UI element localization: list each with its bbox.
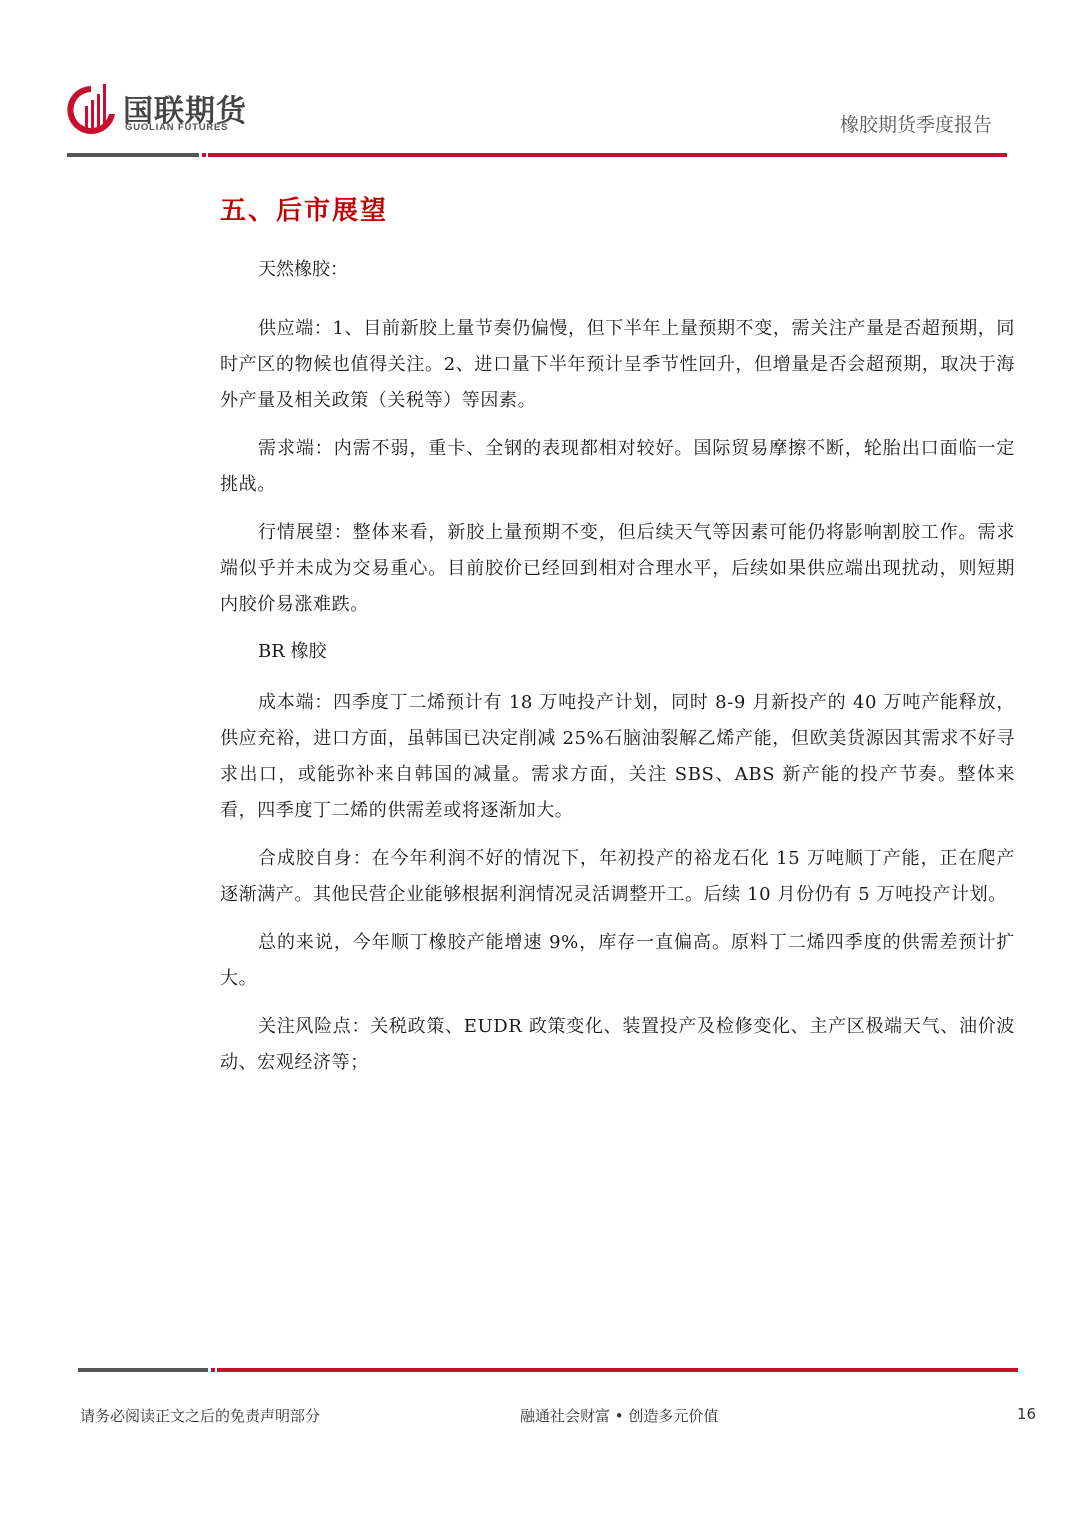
demand-paragraph: 需求端：内需不弱，重卡、全钢的表现都相对较好。国际贸易摩擦不断，轮胎出口面临一定… [220, 431, 1015, 503]
section-title: 五、后市展望 [220, 190, 1015, 227]
main-content: 五、后市展望 天然橡胶： 供应端：1、目前新胶上量节奏仍偏慢，但下半年上量预期不… [220, 190, 1015, 1093]
footer-divider [78, 1368, 1018, 1372]
logo-english-name: GUOLIAN FUTURES [125, 122, 228, 133]
summary-paragraph: 总的来说，今年顺丁橡胶产能增速 9%，库存一直偏高。原料丁二烯四季度的供需差预计… [220, 925, 1015, 997]
synthetic-rubber-paragraph: 合成胶自身：在今年利润不好的情况下，年初投产的裕龙石化 15 万吨顺丁产能，正在… [220, 841, 1015, 913]
page-header: 国联期货 GUOLIAN FUTURES 橡胶期货季度报告 [0, 0, 1080, 160]
company-logo: 国联期货 GUOLIAN FUTURES [65, 80, 255, 140]
guolian-logo-icon [65, 80, 117, 136]
br-rubber-heading: BR 橡胶 [258, 637, 1015, 663]
header-divider [67, 153, 1007, 157]
market-outlook-paragraph: 行情展望：整体来看，新胶上量预期不变，但后续天气等因素可能仍将影响割胶工作。需求… [220, 515, 1015, 623]
report-title: 橡胶期货季度报告 [840, 110, 992, 137]
page-number: 16 [1017, 1405, 1036, 1423]
natural-rubber-heading: 天然橡胶： [258, 255, 1015, 281]
company-slogan: 融通社会财富 • 创造多元价值 [520, 1405, 718, 1426]
risk-points-paragraph: 关注风险点：关税政策、EUDR 政策变化、装置投产及检修变化、主产区极端天气、油… [220, 1009, 1015, 1081]
cost-paragraph: 成本端：四季度丁二烯预计有 18 万吨投产计划，同时 8-9 月新投产的 40 … [220, 685, 1015, 829]
disclaimer-notice: 请务必阅读正文之后的免责声明部分 [80, 1405, 320, 1426]
supply-paragraph: 供应端：1、目前新胶上量节奏仍偏慢，但下半年上量预期不变，需关注产量是否超预期，… [220, 311, 1015, 419]
